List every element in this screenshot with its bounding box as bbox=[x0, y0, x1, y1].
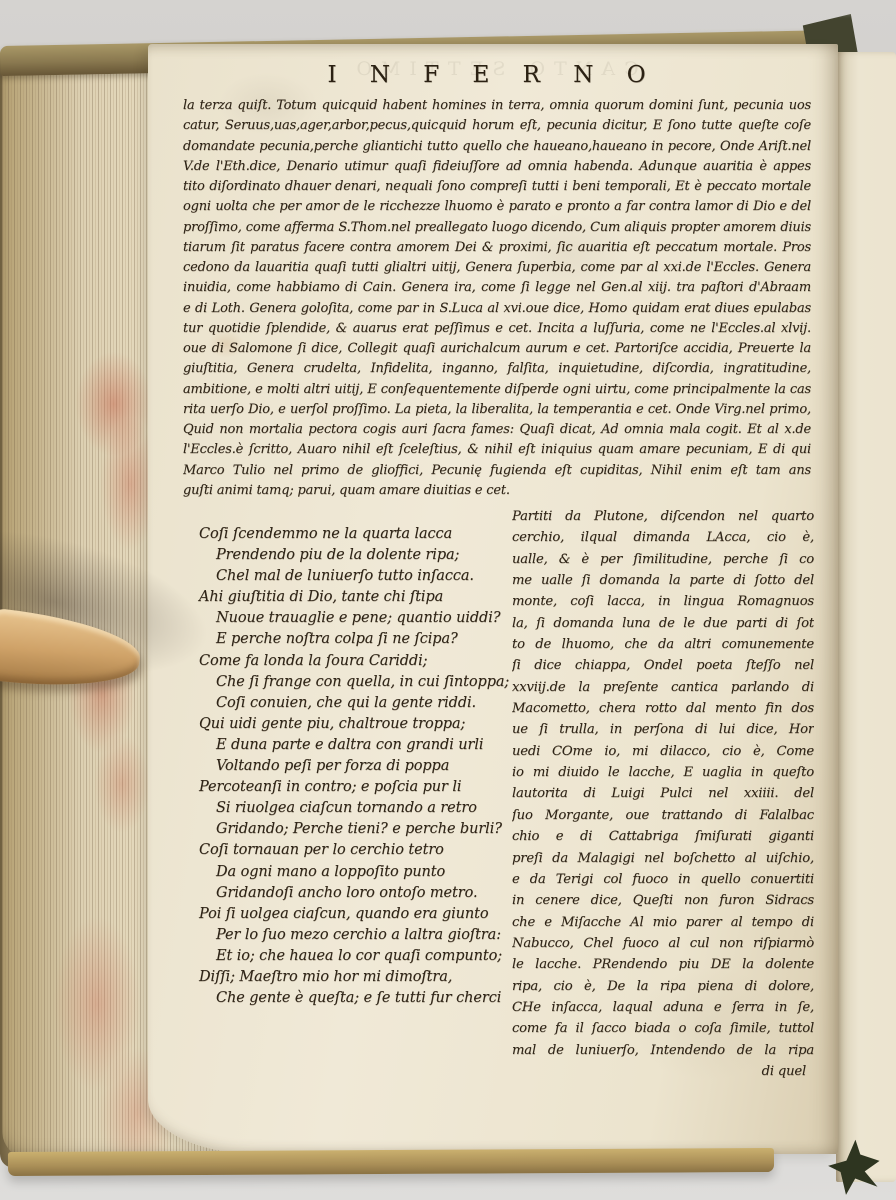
commentary-line: chio e di Cattabriga ſmiſurati giganti bbox=[512, 826, 814, 847]
commentary-line: ripa, cio è, De la ripa piena di dolore, bbox=[512, 976, 814, 997]
commentary-line: Quid non mortalia pectora cogis auri ſac… bbox=[183, 420, 811, 440]
verse-line: Si riuolgea ciaſcun tornando a retro bbox=[199, 798, 511, 819]
commentary-line: oue di Salomone ſi dice, Collegit quaſi … bbox=[183, 339, 811, 359]
right-commentary-lines: Partiti da Plutone, diſcendon nel quarto… bbox=[512, 506, 814, 1061]
commentary-line: xxviij.de la preſente cantica parlando d… bbox=[512, 677, 814, 698]
commentary-line: mal de luniuerſo, Intendendo de la ripa bbox=[512, 1040, 814, 1061]
commentary-line: ualle, & è per ſimilitudine, perche ſi c… bbox=[512, 549, 814, 570]
verse-line: Come fa londa la ſoura Cariddi; bbox=[199, 651, 511, 672]
commentary-line: come fa il ſacco biada o coſa ſimile, tu… bbox=[512, 1018, 814, 1039]
commentary-line: proſſimo, come afferma S.Thom.nel preall… bbox=[183, 218, 811, 238]
verse-line: Prendendo piu de la dolente ripa; bbox=[199, 545, 511, 566]
verse-line: Voltando peſi per forza di poppa bbox=[199, 756, 511, 777]
right-commentary-column: Partiti da Plutone, diſcendon nel quarto… bbox=[512, 506, 814, 1082]
commentary-line: le lacche. PRendendo piu DE la dolente bbox=[512, 954, 814, 975]
commentary-line: cerchio, ilqual dimanda LAcca, cio è, bbox=[512, 527, 814, 548]
commentary-line: ogni uolta che per amor de le ricchezze … bbox=[183, 197, 811, 217]
printed-text-layer: CANTO SETTIMO I N F E R N O la terza qui… bbox=[0, 0, 896, 1200]
verse-line: Qui uidi gente piu, chaltroue troppa; bbox=[199, 714, 511, 735]
commentary-line: inuidia, come habbiamo di Cain. Genera i… bbox=[183, 278, 811, 298]
commentary-line: e di Loth. Genera goloſita, come par in … bbox=[183, 299, 811, 319]
commentary-line: ſi dice chiappa, Ondel poeta ſteſſo nel bbox=[512, 655, 814, 676]
commentary-line: in cenere dice, Queſti non furon Sidracs bbox=[512, 890, 814, 911]
verse-column: Coſi ſcendemmo ne la quarta lacca Prende… bbox=[199, 524, 511, 1009]
commentary-line: ſuo Morgante, oue trattando di Falalbac bbox=[512, 805, 814, 826]
commentary-line: l'Eccles.è ſcritto, Auaro nihil eſt ſcel… bbox=[183, 440, 811, 460]
commentary-line: guſti animi tamq; parui, quam amare diui… bbox=[183, 481, 811, 501]
verse-line: Nuoue trauaglie e pene; quantio uiddi? bbox=[199, 608, 511, 629]
commentary-line: preſi da Malagigi nel boſchetto al uiſch… bbox=[512, 848, 814, 869]
running-title: I N F E R N O bbox=[148, 62, 838, 88]
verse-line: Coſi tornauan per lo cerchio tetro bbox=[199, 840, 511, 861]
commentary-line: la terza quiſt. Totum quicquid habent ho… bbox=[183, 96, 811, 116]
verse-line: Chel mal de luniuerſo tutto inſacca. bbox=[199, 566, 511, 587]
verse-line: Percoteanſi in contro; e poſcia pur li bbox=[199, 777, 511, 798]
verse-line: E duna parte e daltra con grandi urli bbox=[199, 735, 511, 756]
verse-line: Diſſi; Maeſtro mio hor mi dimoſtra, bbox=[199, 967, 511, 988]
commentary-line: tito diſordinato dhauer denari, nequali … bbox=[183, 177, 811, 197]
top-commentary-block: la terza quiſt. Totum quicquid habent ho… bbox=[183, 96, 811, 501]
commentary-line: uedi COme io, mi dilacco, cio è, Come bbox=[512, 741, 814, 762]
commentary-line: rita uerſo Dio, e uerſol proſſimo. La pi… bbox=[183, 400, 811, 420]
commentary-line: domandate pecunia,perche gliantichi tutt… bbox=[183, 137, 811, 157]
commentary-line: Macometto, chera rotto dal mento fin dos bbox=[512, 698, 814, 719]
verse-line: Gridandoſi ancho loro ontoſo metro. bbox=[199, 883, 511, 904]
commentary-line: catur, Seruus,uas,ager,arbor,pecus,quicq… bbox=[183, 116, 811, 136]
commentary-line: lautorita di Luigi Pulci nel xxiiii. del bbox=[512, 783, 814, 804]
commentary-line: Partiti da Plutone, diſcendon nel quarto bbox=[512, 506, 814, 527]
commentary-line: me ualle ſi domanda la parte di ſotto de… bbox=[512, 570, 814, 591]
verse-line: Coſi ſcendemmo ne la quarta lacca bbox=[199, 524, 511, 545]
commentary-line: CHe inſacca, laqual aduna e ſerra in ſe, bbox=[512, 997, 814, 1018]
verse-line: Che gente è queſta; e ſe tutti fur cherc… bbox=[199, 988, 511, 1009]
commentary-line: Marco Tulio nel primo de glioffici, Pecu… bbox=[183, 461, 811, 481]
commentary-line: ambitione, e molti altri uitij, E conſeq… bbox=[183, 380, 811, 400]
verse-line: Et io; che hauea lo cor quaſi compunto; bbox=[199, 946, 511, 967]
verse-line: Coſi conuien, che qui la gente riddi. bbox=[199, 693, 511, 714]
commentary-line: che e Miſacche Al mio parer al tempo di bbox=[512, 912, 814, 933]
commentary-line: Nabucco, Chel fuoco al cul non riſpiarmò bbox=[512, 933, 814, 954]
catchword: di quel bbox=[512, 1061, 814, 1082]
commentary-line: cedono da lauaritia quaſi tutti glialtri… bbox=[183, 258, 811, 278]
commentary-line: to de lhuomo, che da altri comunemente bbox=[512, 634, 814, 655]
commentary-line: ue ſi trulla, in perſona di lui dice, Ho… bbox=[512, 719, 814, 740]
verse-line: Per lo ſuo mezo cerchio a laltra gioſtra… bbox=[199, 925, 511, 946]
commentary-line: tiarum ſit paratus facere contra amorem … bbox=[183, 238, 811, 258]
verse-line: Ahi giuſtitia di Dio, tante chi ſtipa bbox=[199, 587, 511, 608]
verse-line: Poi ſi uolgea ciaſcun, quando era giunto bbox=[199, 904, 511, 925]
verse-line: Gridando; Perche tieni? e perche burli? bbox=[199, 819, 511, 840]
verse-line: E perche noſtra colpa ſi ne ſcipa? bbox=[199, 629, 511, 650]
verse-line: Da ogni mano a loppoſito punto bbox=[199, 862, 511, 883]
commentary-line: e da Terigi col fuoco in quello conuerti… bbox=[512, 869, 814, 890]
commentary-line: monte, coſi lacca, in lingua Romagnuos bbox=[512, 591, 814, 612]
commentary-line: tur quotidie ſplendide, & auarus erat pe… bbox=[183, 319, 811, 339]
commentary-line: giuſtitia, Genera crudelta, Infidelita, … bbox=[183, 359, 811, 379]
commentary-line: la, ſi domanda luna de le due parti di ſ… bbox=[512, 613, 814, 634]
commentary-line: io mi diuido le lacche, E uaglia in queſ… bbox=[512, 762, 814, 783]
photo-of-open-book: { "palette": { "bg-top": "#d5d3d0", "bg-… bbox=[0, 0, 896, 1200]
commentary-line: V.de l'Eth.dice, Denario utimur quaſi fi… bbox=[183, 157, 811, 177]
verse-line: Che ſi frange con quella, in cui ſintopp… bbox=[199, 672, 511, 693]
